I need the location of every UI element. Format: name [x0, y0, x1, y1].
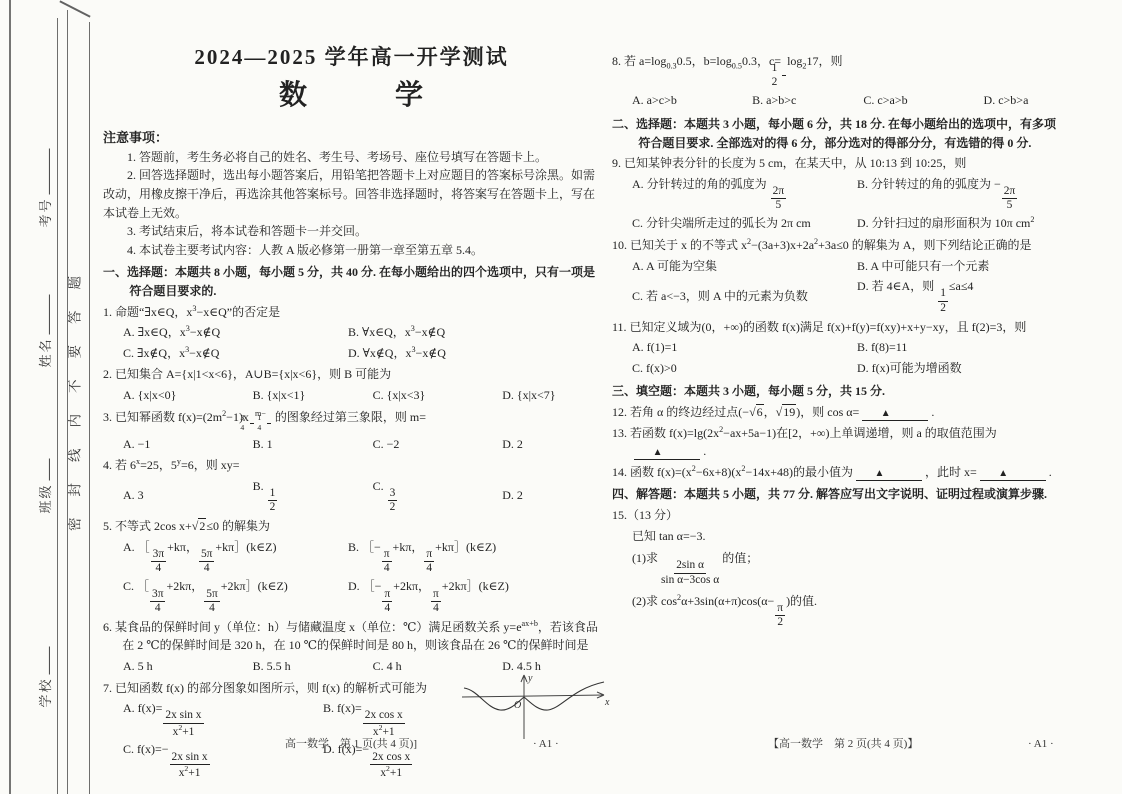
q7-xlabel: x [604, 697, 610, 708]
option-b: B. a>b>c [752, 90, 863, 111]
margin-field-label: 姓名 [38, 337, 53, 367]
option-b: B. 5.5 h [253, 656, 373, 677]
option-b: B. 分针转过的角的弧度为 −2π5 [857, 174, 1077, 213]
option-b: B. ［−π4+kπ，π4+kπ］(k∈Z) [348, 537, 603, 576]
question-4-options: A. 3 B. 12 C. 32 D. 2 [103, 476, 603, 515]
section-4-header: 四、解答题：本题共 5 小题，共 77 分. 解答应写出文字说明、证明过程或演算… [612, 485, 1067, 504]
question-15-part1: (1)求2sin αsin α−3cos α的值； [612, 549, 1067, 586]
margin-field-blank [37, 458, 50, 480]
option-d: D. 2 [502, 434, 603, 455]
section-1-header: 一、选择题：本题共 8 小题，每小题 5 分，共 40 分. 在每小题给出的四个… [103, 263, 600, 300]
option-b: B. ∀x∈Q，x3−x∉Q [348, 322, 603, 343]
question-6: 6. 某食品的保鲜时间 y（单位：h）与储藏温度 x（单位：℃）满足函数关系 y… [103, 618, 600, 677]
option-c: C. {x|x<3} [373, 385, 503, 406]
option-d: D. c>b>a [984, 90, 1077, 111]
question-15-given: 已知 tan α=−3. [612, 527, 1067, 546]
notice-item: 3. 考试结束后，将本试卷和答题卡一并交回。 [103, 222, 600, 241]
page-1: 2024—2025 学年高一开学测试 数 学 注意事项： 1. 答题前，考生务必… [103, 44, 600, 783]
option-a: A. ［3π4+kπ，5π4+kπ］(k∈Z) [123, 537, 348, 576]
option-c: C. −2 [373, 434, 503, 455]
option-c: C. c>a>b [863, 90, 983, 111]
q7-function-graph: y x O [460, 671, 610, 743]
notice-item: 1. 答题前，考生务必将自己的姓名、考生号、考场号、座位号填写在答题卡上。 [103, 148, 600, 167]
margin-field-blank [37, 148, 50, 194]
section-3-header: 三、填空题：本题共 3 小题，每小题 5 分，共 15 分. [612, 382, 1067, 401]
page-2-footer-code: · A1 · [1028, 736, 1054, 753]
question-9-options: A. 分针转过的角的弧度为 2π5 B. 分针转过的角的弧度为 −2π5 C. … [612, 174, 1077, 234]
question-7: 7. 已知函数 f(x) 的部分图象如图所示，则 f(x) 的解析式可能为 A.… [103, 679, 600, 781]
option-c: C. ［3π4+2kπ，5π4+2kπ］(k∈Z) [123, 576, 348, 615]
question-5: 5. 不等式 2cos x+√2≤0 的解集为 A. ［3π4+kπ，5π4+k… [103, 517, 600, 616]
option-d: D. f(x)可能为增函数 [857, 358, 1077, 379]
question-1: 1. 命题“∃x∈Q，x3−x∈Q”的否定是 A. ∃x∈Q，x3−x∉Q B.… [103, 303, 600, 364]
page-1-footer-text: 高一数学 第 1 页(共 4 页)] [285, 738, 417, 750]
option-b: B. A 中可能只有一个元素 [857, 256, 1077, 277]
option-a: A. f(1)=1 [632, 337, 857, 358]
notice-item: 2. 回答选择题时，选出每小题答案后，用铅笔把答题卡上对应题目的答案标号涂黑。如… [103, 166, 600, 222]
question-3-options: A. −1 B. 1 C. −2 D. 2 [103, 434, 603, 455]
margin-field-class: 班级 [36, 458, 56, 513]
option-b: B. 12 [253, 476, 373, 515]
margin-field-school: 学校 [36, 646, 56, 707]
seal-line-outer [57, 18, 58, 794]
q7-ylabel: y [527, 673, 533, 684]
option-c: C. 若 a<−3，则 A 中的元素为负数 [632, 286, 857, 307]
notice-item: 4. 本试卷主要考试内容：人教 A 版必修第一册第一章至第五章 5.4。 [103, 241, 600, 260]
option-c: C. f(x)>0 [632, 358, 857, 379]
option-a: A. −1 [123, 434, 253, 455]
question-8: 8. 若 a=log0.30.5，b=log0.50.3，c=12log217，… [612, 52, 1067, 111]
seal-line-inner [89, 22, 90, 794]
question-9-stem: 9. 已知某钟表分针的长度为 5 cm，在某天中，从 10:13 到 10:25… [612, 154, 1067, 173]
option-c: C. 分针尖端所走过的弧长为 2π cm [632, 213, 857, 234]
option-a: A. f(x)=2x sin xx2+1 [123, 698, 323, 739]
option-d: D. 分针扫过的扇形面积为 10π cm2 [857, 213, 1077, 234]
option-c: C. ∃x∉Q，x3−x∉Q [123, 343, 348, 364]
option-a: A. {x|x<0} [123, 385, 253, 406]
margin-field-blank [37, 646, 50, 674]
question-11: 11. 已知定义域为(0，+∞)的函数 f(x)满足 f(x)+f(y)=f(x… [612, 318, 1067, 379]
option-d: D. 2 [502, 485, 603, 506]
page-2-footer-text: 【高一数学 第 2 页(共 4 页)】 [768, 738, 918, 750]
question-1-stem: 1. 命题“∃x∈Q，x3−x∈Q”的否定是 [103, 303, 600, 322]
question-10-stem: 10. 已知关于 x 的不等式 x2−(3a+3)x+2a2+3a≤0 的解集为… [612, 236, 1067, 255]
margin-field-blank [37, 294, 50, 334]
q7-origin: O [514, 700, 521, 711]
option-b: B. f(x)=2x cos xx2+1 [323, 698, 468, 739]
paper-edge-line [9, 0, 11, 794]
question-10-options: A. A 可能为空集 B. A 中可能只有一个元素 C. 若 a<−3，则 A … [612, 256, 1077, 316]
question-11-stem: 11. 已知定义域为(0，+∞)的函数 f(x)满足 f(x)+f(y)=f(x… [612, 318, 1067, 337]
question-4-stem: 4. 若 6x=25，5y=6，则 xy= [103, 456, 600, 475]
question-12: 12. 若角 α 的终边经过点(−√6，√19)，则 cos α=▲. [612, 403, 1067, 422]
option-d: D. ∀x∉Q，x3−x∉Q [348, 343, 603, 364]
question-5-stem: 5. 不等式 2cos x+√2≤0 的解集为 [103, 517, 600, 536]
option-a: A. 5 h [123, 656, 253, 677]
option-d: D. ［−π4+2kπ，π4+2kπ］(k∈Z) [348, 576, 603, 615]
page-2: 8. 若 a=log0.30.5，b=log0.50.3，c=12log217，… [612, 50, 1067, 629]
option-d: D. 若 4∈A，则 12≤a≤4 [857, 276, 1077, 315]
question-15: 15.（13 分） 已知 tan α=−3. (1)求2sin αsin α−3… [612, 506, 1067, 629]
question-15-number: 15.（13 分） [612, 506, 1067, 525]
question-13: 13. 若函数 f(x)=lg(2x2−ax+5a−1)在[2，+∞)上单调递增… [612, 424, 1067, 461]
option-c: C. 32 [373, 476, 503, 515]
option-a: A. 3 [123, 485, 253, 506]
question-14: 14. 函数 f(x)=(x2−6x+8)(x2−14x+48)的最小值为▲，此… [612, 463, 1067, 482]
question-3: 3. 已知幂函数 f(x)=(2m2−1)x34m−14 的图象经过第三象限，则… [103, 408, 600, 455]
option-a: A. ∃x∈Q，x3−x∉Q [123, 322, 348, 343]
question-15-part2: (2)求 cos2α+3sin(α+π)cos(α−π2)的值. [612, 592, 1067, 629]
margin-field-label: 班级 [38, 483, 53, 513]
margin-field-exam-number: 考号 [36, 148, 56, 227]
question-4: 4. 若 6x=25，5y=6，则 xy= A. 3 B. 12 C. 32 D… [103, 456, 600, 515]
question-3-stem: 3. 已知幂函数 f(x)=(2m2−1)x34m−14 的图象经过第三象限，则… [103, 408, 600, 433]
question-1-options: A. ∃x∈Q，x3−x∉Q B. ∀x∈Q，x3−x∉Q C. ∃x∉Q，x3… [103, 322, 603, 363]
exam-title: 2024—2025 学年高一开学测试 [103, 44, 600, 70]
option-b: B. f(8)=11 [857, 337, 1077, 358]
question-2-stem: 2. 已知集合 A={x|1<x<6}，A∪B={x|x<6}，则 B 可能为 [103, 365, 600, 384]
corner-scan-mark [59, 0, 90, 17]
page-1-footer-code: · A1 · [533, 736, 559, 753]
option-b: B. 1 [253, 434, 373, 455]
notice-title: 注意事项： [103, 128, 600, 148]
question-10: 10. 已知关于 x 的不等式 x2−(3a+3)x+2a2+3a≤0 的解集为… [612, 236, 1067, 316]
section-2-header: 二、选择题：本题共 3 小题，每小题 6 分，共 18 分. 在每小题给出的选项… [612, 115, 1067, 152]
option-a: A. a>c>b [632, 90, 752, 111]
exam-subject: 数 学 [103, 74, 600, 117]
margin-field-label: 学校 [38, 677, 53, 707]
question-9: 9. 已知某钟表分针的长度为 5 cm，在某天中，从 10:13 到 10:25… [612, 154, 1067, 234]
option-b: B. {x|x<1} [253, 385, 373, 406]
question-8-stem: 8. 若 a=log0.30.5，b=log0.50.3，c=12log217，… [612, 52, 1067, 89]
question-2: 2. 已知集合 A={x|1<x<6}，A∪B={x|x<6}，则 B 可能为 … [103, 365, 600, 405]
option-a: A. A 可能为空集 [632, 256, 857, 277]
seal-instruction-text: 密封线内不要答题 [66, 255, 87, 531]
question-8-options: A. a>c>b B. a>b>c C. c>a>b D. c>b>a [612, 90, 1077, 111]
option-d: D. {x|x<7} [502, 385, 603, 406]
margin-field-label: 考号 [38, 197, 53, 227]
question-11-options: A. f(1)=1 B. f(8)=11 C. f(x)>0 D. f(x)可能… [612, 337, 1077, 378]
page-2-footer: 【高一数学 第 2 页(共 4 页)】 [768, 736, 918, 753]
question-5-options: A. ［3π4+kπ，5π4+kπ］(k∈Z) B. ［−π4+kπ，π4+kπ… [103, 537, 603, 616]
page-1-footer: 高一数学 第 1 页(共 4 页)] [285, 736, 417, 753]
option-a: A. 分针转过的角的弧度为 2π5 [632, 174, 857, 213]
question-6-stem: 6. 某食品的保鲜时间 y（单位：h）与储藏温度 x（单位：℃）满足函数关系 y… [103, 618, 600, 655]
margin-field-name: 姓名 [36, 294, 56, 367]
question-2-options: A. {x|x<0} B. {x|x<1} C. {x|x<3} D. {x|x… [103, 385, 603, 406]
